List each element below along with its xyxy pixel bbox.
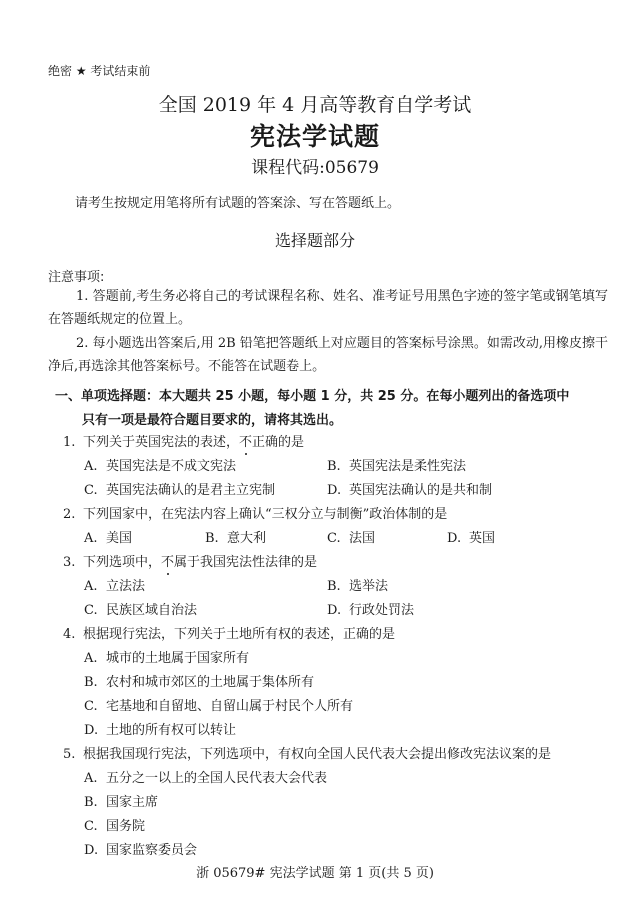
note-item: 2. 每小题选出答案后,用 2B 铅笔把答题纸上对应题目的答案标号涂黑。如需改动… [48,332,608,378]
option-text: 意大利 [227,531,266,546]
option-text: 英国宪法是不成文宪法 [106,459,236,474]
page-footer: 浙 05679# 宪法学试题 第 1 页(共 5 页) [0,862,630,881]
note-item: 1. 答题前,考生务必将自己的考试课程名称、姓名、准考证号用黑色字迹的签字笔或钢… [48,285,608,331]
exam-title: 全国 2019 年 4 月高等教育自学考试 [0,90,630,117]
option-text: 国家监察委员会 [106,843,197,858]
question-1-option-b: B.英国宪法是柔性宪法 [327,457,466,477]
emphasis-mark: 不 [161,555,174,570]
question-3-option-a: A.立法法 [84,577,145,597]
option-text: 国家主席 [106,795,158,810]
option-text: 民族区域自治法 [106,603,197,618]
option-text: 五分之一以上的全国人民代表大会代表 [106,771,327,786]
option-text: 英国宪法确认的是君主立宪制 [106,483,275,498]
option-text: 土地的所有权可以转让 [106,723,236,738]
option-text: 城市的土地属于国家所有 [106,651,249,666]
option-label: C. [84,817,106,837]
question-4-option-c: C.宅基地和自留地、自留山属于村民个人所有 [84,697,353,717]
question-5-option-b: B.国家主席 [84,793,158,813]
option-label: D. [327,601,349,621]
question-1-stem: 1.下列关于英国宪法的表述，不正确的是 [63,433,304,453]
option-text: 美国 [106,531,132,546]
question-4-stem: 4.根据现行宪法，下列关于土地所有权的表述，正确的是 [63,625,395,645]
question-5-option-d: D.国家监察委员会 [84,841,197,861]
option-text: 农村和城市郊区的土地属于集体所有 [106,675,314,690]
stem-text: 正确的是 [252,435,304,450]
question-5-stem: 5.根据我国现行宪法，下列选项中，有权向全国人民代表大会提出修改宪法议案的是 [63,745,551,765]
option-text: 国务院 [106,819,145,834]
question-2-option-a: A.美国 [84,529,132,549]
section-title: 选择题部分 [0,228,630,251]
option-label: C. [84,601,106,621]
option-label: D. [84,721,106,741]
emphasis-mark: 不 [239,435,252,450]
option-text: 英国宪法确认的是共和制 [349,483,492,498]
option-label: C. [84,697,106,717]
question-number: 3. [63,553,83,573]
option-label: B. [84,673,106,693]
question-3-option-c: C.民族区域自治法 [84,601,197,621]
question-1-option-a: A.英国宪法是不成文宪法 [84,457,236,477]
question-3-stem: 3.下列选项中，不属于我国宪法性法律的是 [63,553,317,573]
question-2-option-b: B.意大利 [205,529,266,549]
question-4-option-b: B.农村和城市郊区的土地属于集体所有 [84,673,314,693]
option-label: C. [84,481,106,501]
course-code: 课程代码:05679 [0,153,630,178]
stem-text: 属于我国宪法性法律的是 [174,555,317,570]
option-label: B. [84,793,106,813]
question-2-stem: 2.下列国家中，在宪法内容上确认“三权分立与制衡”政治体制的是 [63,505,447,525]
option-label: A. [84,529,106,549]
option-label: B. [205,529,227,549]
stem-text: 根据现行宪法，下列关于土地所有权的表述，正确的是 [83,627,395,642]
stem-text: 下列国家中，在宪法内容上确认“三权分立与制衡”政治体制的是 [83,507,447,522]
question-number: 1. [63,433,83,453]
option-label: A. [84,577,106,597]
option-label: A. [84,457,106,477]
question-3-option-d: D.行政处罚法 [327,601,414,621]
option-label: A. [84,649,106,669]
option-label: C. [327,529,349,549]
instruction-text: 请考生按规定用笔将所有试题的答案涂、写在答题纸上。 [75,192,400,211]
option-text: 立法法 [106,579,145,594]
part-heading-line2: 只有一项是最符合题目要求的，请将其选出。 [55,409,569,433]
option-label: D. [447,529,469,549]
option-label: A. [84,769,106,789]
question-number: 2. [63,505,83,525]
stem-text: 下列选项中， [83,555,161,570]
option-text: 宅基地和自留地、自留山属于村民个人所有 [106,699,353,714]
question-number: 5. [63,745,83,765]
option-text: 选举法 [349,579,388,594]
option-text: 英国宪法是柔性宪法 [349,459,466,474]
question-5-option-c: C.国务院 [84,817,145,837]
question-4-option-a: A.城市的土地属于国家所有 [84,649,249,669]
part-heading-line1: 一、单项选择题：本大题共 25 小题，每小题 1 分，共 25 分。在每小题列出… [55,389,569,404]
question-1-option-d: D.英国宪法确认的是共和制 [327,481,492,501]
option-label: B. [327,577,349,597]
notes-heading: 注意事项: [48,266,104,285]
question-5-option-a: A.五分之一以上的全国人民代表大会代表 [84,769,327,789]
stem-text: 下列关于英国宪法的表述， [83,435,239,450]
option-label: B. [327,457,349,477]
option-text: 法国 [349,531,375,546]
confidential-notice: 绝密 ★ 考试结束前 [48,62,150,79]
option-label: D. [327,481,349,501]
question-1-option-c: C.英国宪法确认的是君主立宪制 [84,481,275,501]
stem-text: 根据我国现行宪法，下列选项中，有权向全国人民代表大会提出修改宪法议案的是 [83,747,551,762]
question-3-option-b: B.选举法 [327,577,388,597]
option-text: 英国 [469,531,495,546]
question-number: 4. [63,625,83,645]
option-label: D. [84,841,106,861]
question-2-option-d: D.英国 [447,529,495,549]
subject-title: 宪法学试题 [0,117,630,153]
option-text: 行政处罚法 [349,603,414,618]
part-heading: 一、单项选择题：本大题共 25 小题，每小题 1 分，共 25 分。在每小题列出… [55,385,569,433]
question-2-option-c: C.法国 [327,529,375,549]
question-4-option-d: D.土地的所有权可以转让 [84,721,236,741]
